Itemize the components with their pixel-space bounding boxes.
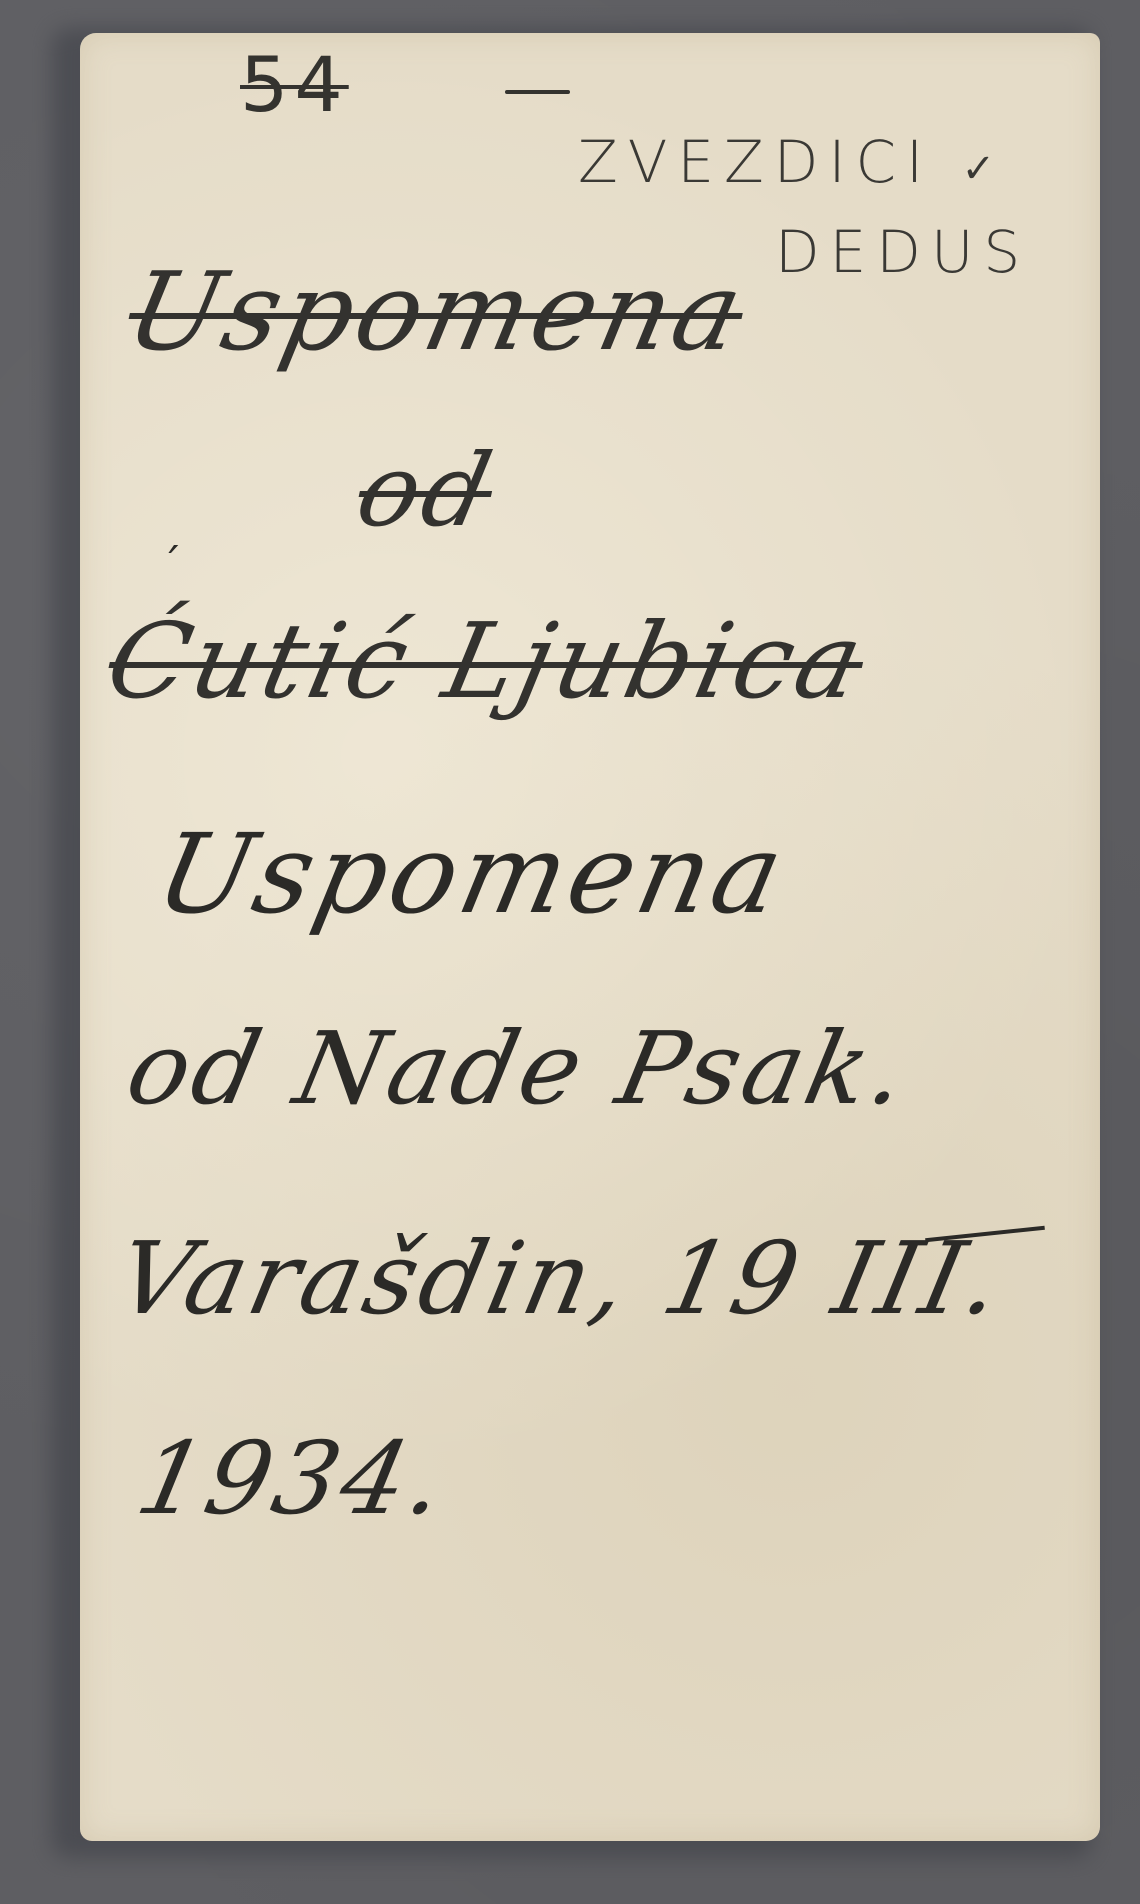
struck-line-od: od — [348, 432, 505, 549]
page-number-dash — [505, 90, 570, 94]
struck-initial-mark: ˊ — [160, 540, 182, 591]
corner-note-text: ZVEZDICI — [578, 128, 933, 196]
page-number: 54 — [240, 40, 349, 129]
corner-note-line2: DEDUS — [775, 218, 1030, 286]
inscription-line1: Uspomena — [146, 810, 797, 938]
inscription-line3: Varašdin, 19 III. — [108, 1220, 1016, 1337]
corner-note-line1: ZVEZDICI ✓ — [578, 128, 1005, 196]
inscription-line2: od Nade Psak. — [118, 1010, 921, 1127]
inscription-line4: 1934. — [128, 1420, 459, 1537]
struck-line-name: Ćutić Ljubica — [97, 600, 876, 722]
struck-line-uspomena: Uspomena — [117, 250, 756, 375]
check-mark-icon: ✓ — [962, 146, 1006, 192]
